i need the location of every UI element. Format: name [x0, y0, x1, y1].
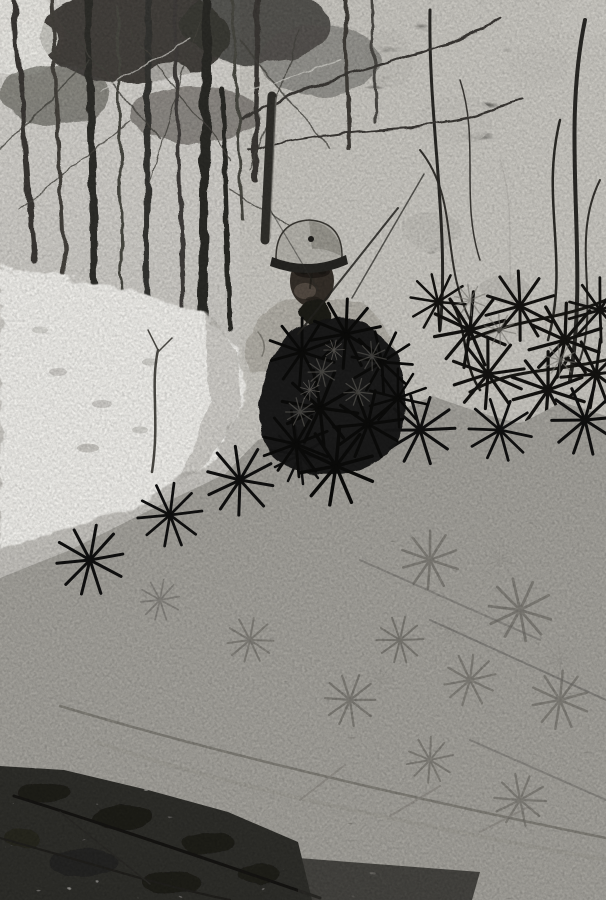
film-grain: [0, 0, 606, 900]
artwork-canvas: Black-and-white artwork of a soldier in …: [0, 0, 606, 900]
artwork: Black-and-white artwork of a soldier in …: [0, 0, 606, 900]
